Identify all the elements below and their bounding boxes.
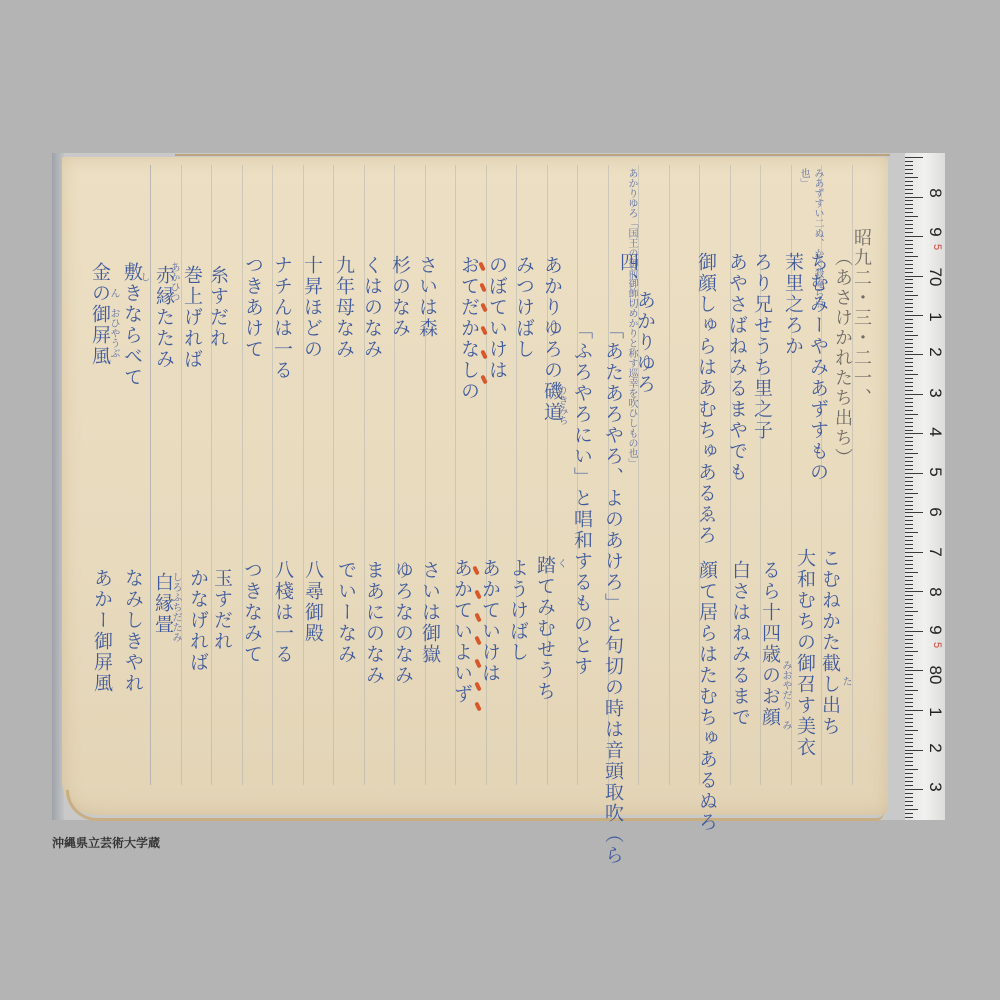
ruler-tick [905,509,913,510]
ruler-tick [905,433,923,434]
ruler-tick [905,560,913,561]
ruler-tick [905,607,913,608]
text-column-c4: あやさばねみるまやでも [727,252,746,483]
ruler-tick [905,544,913,545]
text-column-c19b: く [555,558,565,568]
text-column-c5: 御顔しゅらはあむちゅあるゑろ [696,252,715,546]
ruler-tick [905,445,913,446]
ruler-tick [905,501,913,502]
ruler-tick [905,228,913,229]
ruler-tick [905,441,913,442]
text-column-c36: つきなみて [242,560,261,665]
ruler-tick [905,461,913,462]
ruler-tick [905,769,918,770]
ruler-tick [905,682,913,683]
text-column-pencil-title: （あさけかれたち出ち） [833,248,851,468]
text-column-c46: あかー御屏風 [92,568,111,694]
ruler-tick [905,686,913,687]
ruler-tick [905,690,918,691]
ruler-tick [905,524,913,525]
text-column-c42: 玉すだれ [212,568,231,652]
ruler-tick [905,643,913,644]
ruler-tick [905,753,913,754]
ruler-tick [905,343,913,344]
ruler-tick [905,185,913,186]
ruler-tick [905,169,913,170]
text-column-c30: さいは御嶽 [420,560,439,665]
measuring-ruler: 89570123456789580123 [905,153,945,820]
text-column-c45: なみしきやれ [123,568,142,694]
ruled-line [669,165,670,785]
text-column-c43: かなげれば [188,568,207,673]
ruler-tick [905,378,913,379]
ruler-tick [905,694,913,695]
text-column-c9: 白さはねみるまで [730,560,749,728]
text-column-c7b: みおやだり み [780,660,790,730]
ruler-tick [905,165,913,166]
ruler-label: 80 [925,665,945,685]
text-column-c22: あかていよいず [452,558,471,705]
ruler-tick [905,532,918,533]
ruler-tick [905,418,913,419]
text-column-c1: ちむみーやみあずすもの [808,252,827,483]
text-column-pencil-date: 昭九二・三・二一、 [852,228,870,408]
ruler-tick [905,208,913,209]
ruler-tick [905,793,913,794]
ruler-tick [905,742,913,743]
ruler-tick [905,757,913,758]
collection-caption: 沖縄県立芸術大学蔵 [52,834,160,851]
ruler-tick [905,449,913,450]
ruler-tick [905,556,913,557]
ruler-tick [905,746,913,747]
ruler-tick [905,623,913,624]
ruler-tick [905,817,913,818]
ruler-tick [905,540,913,541]
ruler-tick [905,750,923,751]
ruler-tick [905,268,913,269]
ruler-tick [905,193,913,194]
ruler-tick [905,181,913,182]
ruler-label: 1 [925,307,945,327]
text-column-c8: るら十四歳のお顔 [760,560,779,728]
ruled-line [181,165,182,785]
text-column-c15b: りきみち [556,385,566,425]
ruler-tick [905,465,913,466]
ruler-tick [905,568,913,569]
ruler-tick [905,437,913,438]
ruler-tick [905,200,913,201]
ruler-tick [905,224,913,225]
ruler-tick [905,382,913,383]
ruler-tick [905,639,913,640]
ruler-tick [905,485,913,486]
text-column-c16: みつけばし [514,255,533,360]
ruler-tick [905,260,913,261]
ruler-tick [905,576,913,577]
ruler-tick [905,678,913,679]
text-column-c6: こむねかた截し出ち [820,548,839,737]
ruler-tick [905,394,923,395]
text-column-c24: 杉のなみ [390,255,409,339]
text-column-c35: 八棧は一る [273,560,292,665]
ruler-tick [905,354,923,355]
text-column-c2: 茉里之ろか [783,252,802,357]
ruler-tick [905,422,913,423]
text-column-c12: あかりゆろ [635,290,654,395]
ruler-tick [905,663,913,664]
ruler-tick [905,714,913,715]
ruler-tick [905,303,913,304]
ruler-tick [905,773,913,774]
text-column-c25: くはのなみ [362,255,381,360]
ruler-tick [905,366,913,367]
ruler-label: 5 [925,462,945,482]
text-column-note-top-right-2: 也」 [798,168,808,188]
text-column-c23: さいは森 [417,255,436,339]
ruler-tick [905,430,913,431]
text-column-c29: つきあけて [243,255,262,360]
ruler-tick [905,805,913,806]
ruler-tick [905,307,913,308]
ruler-tick [905,177,918,178]
ruler-tick [905,710,923,711]
ruler-tick [905,212,913,213]
ruler-tick [905,588,913,589]
ruler-tick [905,283,913,284]
ruler-tick [905,189,913,190]
text-column-c10: 顔て居らはたむちゅあるぬろ [697,560,716,833]
ruler-tick [905,497,913,498]
ruler-tick [905,813,913,814]
ruler-tick [905,339,913,340]
ruler-label: 7 [925,542,945,562]
ruler-tick [905,698,913,699]
ruler-tick [905,457,913,458]
ruler-tick [905,256,918,257]
ruler-tick [905,572,918,573]
ruler-tick [905,777,913,778]
ruler-tick [905,603,913,604]
ruler-tick [905,726,913,727]
ruler-tick [905,552,923,553]
text-column-c3: ろり兄せうち里之子 [752,252,771,441]
text-column-c6b: た [840,676,850,686]
ruler-tick [905,734,913,735]
text-column-c44: 白縁畳 [153,572,172,635]
ruler-tick [905,481,913,482]
ruler-tick [905,761,913,762]
ruler-tick [905,730,918,731]
ruler-tick [905,655,913,656]
ruler-tick [905,173,913,174]
ruler-tick [905,327,913,328]
ruler-tick [905,402,913,403]
ruler-tick [905,619,913,620]
ruler-tick [905,512,923,513]
ruler-tick [905,370,913,371]
ruler-tick [905,410,913,411]
ruler-tick [905,702,913,703]
ruler-tick [905,299,913,300]
text-column-c20: ようけばし [508,558,527,663]
text-column-c28: ナチんは一る [272,255,291,381]
ruler-tick [905,220,913,221]
ruler-tick [905,489,913,490]
ruler-tick [905,718,913,719]
ruler-tick [905,667,913,668]
ruler-tick [905,564,913,565]
ruler-tick [905,264,913,265]
text-column-c11: 四、 [618,252,637,294]
ruler-tick [905,232,913,233]
ruler-label: 6 [925,502,945,522]
ruler-tick [905,493,918,494]
text-column-c41: 金の御屏風 [90,262,109,367]
ruler-tick [905,789,923,790]
text-column-c21: あかていけは [480,558,499,684]
text-column-c13: 「あたあろやろ、よのあけろ」と句切の時は音頭取吹（ら [603,320,622,866]
ruler-tick [905,347,913,348]
ruler-tick [905,785,913,786]
ruler-tick [905,272,913,273]
text-column-c38: 巻上げれば [182,265,201,370]
ruler-tick [905,738,913,739]
ruler-tick [905,157,923,158]
ruler-label: 2 [925,738,945,758]
text-column-c37: 糸すだれ [208,265,227,349]
ruler-label: 2 [925,342,945,362]
ruler-tick [905,252,913,253]
ruler-label: 8 [925,582,945,602]
text-column-c27: 十昇ほどの [302,255,321,360]
ruler-label: 5 [931,237,943,257]
ruler-tick [905,414,918,415]
text-column-c26: 九年母なみ [334,255,353,360]
ruled-line [150,165,151,785]
ruler-tick [905,722,913,723]
ruler-label: 70 [925,267,945,287]
ruler-tick [905,323,913,324]
ruler-tick [905,651,918,652]
ruler-label: 1 [925,702,945,722]
ruler-tick [905,627,913,628]
ruled-line [211,165,212,785]
ruler-tick [905,351,913,352]
text-column-c19: 踏てみむせうち [535,555,554,702]
ruler-tick [905,781,913,782]
text-column-c32: まあにのなみ [364,560,383,686]
text-column-c40b: し [138,272,148,282]
ruler-tick [905,406,913,407]
ruler-tick [905,591,923,592]
ruler-tick [905,426,913,427]
ruler-tick [905,311,913,312]
text-column-c39b: あかひつ [168,262,178,302]
ruler-label: 3 [925,383,945,403]
ruler-label: 5 [931,635,943,655]
ruler-tick [905,315,923,316]
ruler-tick [905,161,913,162]
ruler-tick [905,276,923,277]
ruler-tick [905,528,913,529]
ruler-tick [905,358,913,359]
ruler-tick [905,631,923,632]
ruler-tick [905,197,923,198]
text-column-c34: 八尋御殿 [303,560,322,644]
ruler-tick [905,801,913,802]
ruler-tick [905,580,913,581]
ruler-tick [905,611,918,612]
ruler-tick [905,287,913,288]
ruler-tick [905,516,913,517]
text-column-c18: おてだかなしの [459,255,478,402]
ruler-tick [905,520,913,521]
ruler-tick [905,335,918,336]
text-column-c33: でいーなみ [336,560,355,665]
ruler-tick [905,295,918,296]
ruler-label: 8 [925,183,945,203]
ruler-label: 4 [925,422,945,442]
ruler-tick [905,635,913,636]
text-column-c14: 「ふろやろにい」と唱和するものとす [572,320,591,677]
ruler-tick [905,248,913,249]
ruler-tick [905,386,913,387]
ruler-tick [905,331,913,332]
page-top-edge [175,154,890,162]
ruler-tick [905,319,913,320]
ruler-tick [905,279,913,280]
ruler-tick [905,670,923,671]
ruler-tick [905,362,913,363]
ruler-tick [905,374,918,375]
ruler-tick [905,505,913,506]
ruler-tick [905,236,923,237]
ruler-tick [905,797,913,798]
ruler-tick [905,204,913,205]
ruler-tick [905,584,913,585]
ruler-tick [905,595,913,596]
ruler-tick [905,291,913,292]
ruler-tick [905,390,913,391]
ruler-tick [905,809,918,810]
ruler-tick [905,765,913,766]
ruler-tick [905,706,913,707]
ruler-tick [905,674,913,675]
ruler-tick [905,240,913,241]
ruler-tick [905,477,913,478]
ruler-tick [905,647,913,648]
text-column-c17: のぼていけは [487,255,506,381]
ruler-tick [905,398,913,399]
text-column-c41b: ん おひやうぶ [108,288,118,358]
ruler-tick [905,469,913,470]
ruler-tick [905,615,913,616]
ruler-tick [905,536,913,537]
ruler-tick [905,473,923,474]
text-column-c31: ゆろなのなみ [393,560,412,686]
ruler-label: 3 [925,777,945,797]
ruler-tick [905,244,913,245]
ruler-tick [905,659,913,660]
ruler-tick [905,599,913,600]
ruler-tick [905,453,918,454]
ruler-tick [905,216,918,217]
ruler-tick [905,548,913,549]
text-column-c7: 大和むちの御召す美衣 [795,548,814,758]
